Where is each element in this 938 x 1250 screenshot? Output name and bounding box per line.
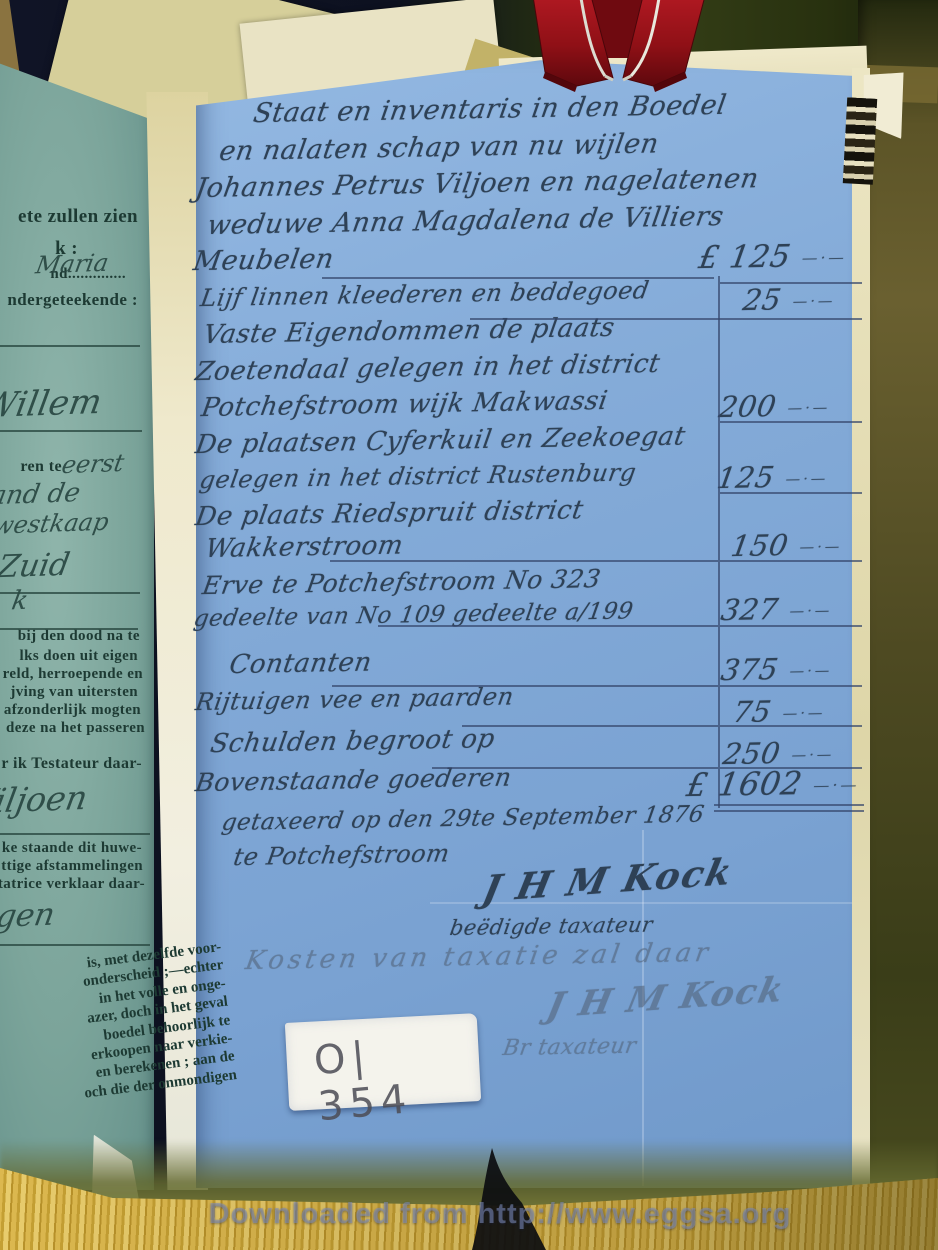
printed-line: lks doen uit eigen (20, 648, 138, 665)
form-rule-line (0, 944, 150, 946)
handwritten-line: Maria (34, 249, 111, 280)
printed-line: afzonderlijk mogten (4, 702, 141, 719)
archival-photo: ete zullen zien k : nd.............. nde… (0, 0, 938, 1250)
ledger-amount: £ 125—·— (696, 237, 850, 276)
ledger-rule-line (720, 625, 862, 627)
handwritten-line: te Potchefstroom (232, 839, 452, 871)
handwritten-line: Rijtuigen vee en paarden (194, 682, 516, 716)
handwritten-line: Viljoen (0, 778, 91, 821)
ledger-amount: 327—·— (719, 591, 836, 627)
printed-line: ttige afstammelingen (1, 858, 143, 875)
amount-value: 150 (729, 528, 791, 563)
ledger-rule-line (720, 492, 862, 494)
archive-reference-text: O| 354 (312, 1024, 483, 1130)
handwritten-line: Schulden begroot op (208, 724, 497, 759)
ditto-marks: —·— (781, 706, 826, 723)
form-rule-line (0, 430, 142, 432)
ditto-marks: —·— (784, 471, 829, 488)
ledger-amount: 150—·— (729, 527, 846, 563)
handwritten-line: rland de (0, 478, 83, 512)
printed-line: ren te (20, 458, 62, 476)
printed-line: deze na het passeren (6, 720, 145, 737)
printed-line: ke staande dit huwe- (2, 840, 142, 857)
ditto-marks: —·— (790, 747, 835, 764)
amount-value: £ 1602 (684, 764, 805, 804)
ledger-amount: 375—·— (719, 651, 836, 687)
ledger-rule-line (378, 625, 718, 627)
handwritten-line: t westkaap (0, 508, 111, 541)
ditto-marks: —·— (791, 294, 836, 311)
form-rule-line (0, 345, 140, 347)
ledger-amount: 25—·— (741, 281, 839, 317)
archive-reference-label: O| 354 (285, 1013, 481, 1111)
ledger-rule-line (332, 685, 718, 687)
form-rule-line (0, 592, 140, 594)
ledger-total-rule (714, 804, 864, 806)
amount-value: 200 (717, 389, 779, 424)
handwritten-line: beëdigde taxateur (448, 912, 654, 940)
amount-value: 375 (719, 652, 781, 687)
ditto-marks: —·— (788, 603, 833, 620)
ledger-total-rule (714, 810, 864, 812)
ledger-rule-line (720, 767, 862, 769)
printed-line: jving van uitersten (10, 684, 138, 701)
printed-line: bij den dood na te (18, 628, 140, 645)
ledger-rule-line (720, 685, 862, 687)
amount-value: £ 125 (696, 238, 793, 276)
ledger-rule-line (720, 421, 862, 423)
ledger-amount: 125—·— (715, 459, 832, 495)
form-rule-line (0, 833, 150, 835)
printed-line: ndergeteekende : (7, 290, 138, 310)
ledger-rule-line (462, 725, 718, 727)
binder-clip (515, 0, 727, 96)
ledger-amount: £ 1602—·— (684, 763, 863, 804)
folder-board (858, 0, 938, 1250)
page-edge-strip (852, 68, 870, 1188)
handwritten-line: egen (0, 897, 58, 936)
ledger-column-rule (718, 276, 720, 808)
handwritten-line: Br taxateur (501, 1034, 638, 1061)
ditto-marks: —·— (788, 663, 833, 680)
amount-value: 125 (715, 460, 777, 495)
amount-value: 75 (731, 694, 774, 729)
ditto-marks: —·— (812, 775, 861, 795)
ledger-amount: 200—·— (717, 388, 834, 424)
amount-value: 25 (741, 282, 784, 317)
newspaper-scrap (843, 97, 877, 184)
printed-line: ete zullen zien (18, 206, 138, 228)
printed-line: reld, herroepende en (3, 666, 143, 683)
ditto-marks: —·— (786, 400, 831, 417)
amount-value: 327 (719, 592, 781, 627)
ledger-rule-line (720, 282, 862, 284)
handwritten-line: Willem (0, 382, 105, 426)
ledger-rule-line (470, 318, 862, 320)
ledger-amount: 75—·— (731, 693, 829, 729)
ledger-rule-line (720, 560, 862, 562)
handwritten-line: eerst (60, 449, 127, 479)
handwritten-line: Meubelen (191, 244, 336, 278)
printed-line: r ik Testateur daar- (1, 755, 142, 773)
ledger-rule-line (432, 767, 718, 769)
ditto-marks: —·— (801, 248, 849, 267)
watermark-text: Downloaded from http://www.eggsa.org (120, 1198, 880, 1231)
handwritten-line: Contanten (227, 648, 374, 681)
handwritten-line: Zuid (0, 547, 72, 586)
ledger-rule-line (720, 725, 862, 727)
ditto-marks: —·— (798, 539, 843, 556)
ledger-rule-line (322, 277, 714, 279)
form-rule-line (0, 628, 138, 630)
ledger-rule-line (330, 560, 718, 562)
printed-line: tatrice verklaar daar- (0, 876, 145, 893)
